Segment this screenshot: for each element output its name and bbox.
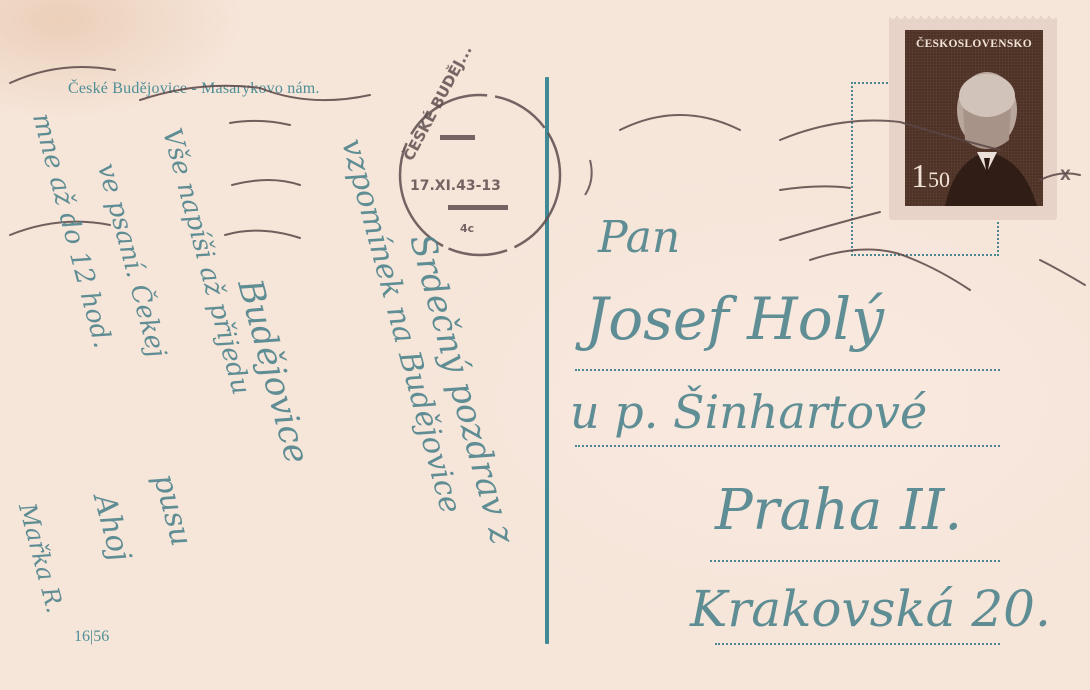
address-salutation: Pan	[598, 212, 680, 263]
svg-text:X: X	[1060, 168, 1071, 184]
postmark-ring-text: ČESKÉ BUDĚJ...	[399, 42, 476, 164]
plate-number: 16|56	[74, 628, 109, 646]
postmark-subtext: 4c	[460, 222, 474, 235]
postmark-date: 17.XI.43-13	[410, 178, 501, 194]
address-name: Josef Holý	[585, 285, 884, 353]
postcard-back: České Budějovice - Masarykovo nám. ČESKO…	[0, 0, 1090, 690]
address-city: Praha II.	[715, 478, 962, 543]
address-street: Krakovská 20.	[690, 580, 1051, 638]
address-care-of: u p. Šinhartové	[570, 385, 927, 439]
